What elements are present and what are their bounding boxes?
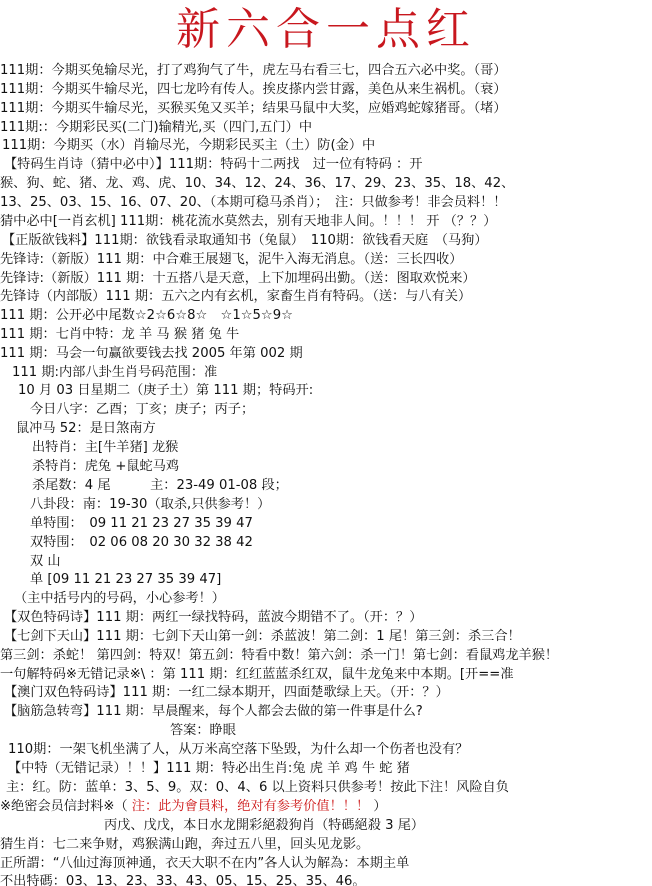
line-text: 主：红。防：蓝单：3、5、9。双：0、4、6 以上资料只供参考！按此下注！风险自… [6, 780, 509, 795]
highlight-note: 注：此为會員料，绝对有参考价值！！！ [132, 799, 369, 814]
line-text: 猜中必中[一肖玄机] 111期：桃花流水莫然去，别有天地非人间。！！！ 开 （？… [0, 214, 496, 229]
line-text: 先锋诗:（新版）111 期：十五搭八是天意，上下加埋码出勤。（送：图取欢悦来） [0, 271, 476, 286]
line-text: 丙戊、戊戊，本日水龙開彩絕殺狗肖（特碼絕殺 3 尾） [104, 818, 424, 833]
line-text: 先锋诗（内部版）111 期：五六之内有玄机，家畜生肖有特码。（送：与八有关） [0, 289, 471, 304]
line-text: 13、25、03、15、16、07、20、（本期可稳马杀肖）； 注：只做参考！非… [0, 195, 506, 210]
line-text: 第三剑：杀蛇！ 第四剑：特双！第五剑：特看中数！第六剑：杀一门！第七剑：看鼠鸡龙… [0, 648, 558, 663]
line-tail: ） [369, 799, 386, 814]
line-text: 111期：今期买牛输尽光，四七龙吟有传人。挨皮搽内尝甘露，美色从来生祸机。（衰） [0, 82, 507, 97]
text-line: 猜生肖：七二来争财，鸡猴满山跑，奔过五八里，回头见龙影。 [0, 836, 369, 854]
text-line: 111 期:内部八卦生肖号码范围：准 [12, 364, 217, 382]
text-line: 111期：今期买牛输尽光，买猴买兔又买羊；结果马鼠中大奖，应婚鸡蛇嫁猪哥。（堵） [0, 100, 507, 118]
line-text: 111期：今期买（水）肖输尽光，今期彩民买主（土）防(金）中 [2, 138, 375, 153]
line-text: 不出特碼：03、13、23、33、43、05、15、25、35、46。 [0, 874, 366, 886]
line-text: 双特围： 02 06 08 20 30 32 38 42 [30, 535, 253, 550]
line-text: 单特围： 09 11 21 23 27 35 39 47 [30, 516, 253, 531]
text-line: 【特码生肖诗（猜中必中）】111期：特码十二两找 过一位有特码 ：开 [4, 156, 422, 174]
line-text: 八卦段：南：19-30（取杀,只供参考！） [30, 497, 270, 512]
text-line: 鼠冲马 52：是日煞南方 [16, 420, 156, 438]
line-text: ※绝密会员信封料※（ [0, 799, 132, 814]
page-title: 新六合一点红 [0, 4, 652, 56]
text-line: 【中特（无错记录）！！】111 期：特必出生肖:兔 虎 羊 鸡 牛 蛇 猪 [8, 760, 410, 778]
line-text: 出特肖：主[牛羊猪] 龙猴 [32, 440, 178, 455]
text-line: 【正版欲钱料】111期：欲钱看录取通知书（兔鼠） 110期：欲钱看天庭 （马狗） [2, 232, 488, 250]
text-line: 111 期：七肖中特：龙 羊 马 猴 猪 兔 牛 [0, 326, 239, 344]
text-line: 第三剑：杀蛇！ 第四剑：特双！第五剑：特看中数！第六剑：杀一门！第七剑：看鼠鸡龙… [0, 647, 558, 665]
text-line: 13、25、03、15、16、07、20、（本期可稳马杀肖）； 注：只做参考！非… [0, 194, 506, 212]
line-text: 今日八字：乙酉；丁亥；庚子；丙子； [30, 402, 254, 417]
line-text: 【双色特码诗】111 期：两红一绿找特码，蓝波今期错不了。（开：？） [4, 610, 422, 625]
line-text: 一句解特码※无错记录※\ ：第 111 期：红红蓝蓝杀红双，鼠牛龙兔来中本期。[… [0, 667, 514, 682]
text-line: 一句解特码※无错记录※\ ：第 111 期：红红蓝蓝杀红双，鼠牛龙兔来中本期。[… [0, 666, 514, 684]
text-line: 111期:：今期彩民买(二门)输精光,买（四门,五门）中 [0, 119, 312, 137]
text-line: 先锋诗（内部版）111 期：五六之内有玄机，家畜生肖有特码。（送：与八有关） [0, 288, 471, 306]
line-text: 110期：一架飞机坐满了人，从万米高空落下坠毁，为什么却一个伤者也没有？ [8, 742, 468, 757]
line-text: 猴、狗、蛇、猪、龙、鸡、虎、10、34、12、24、36、17、29、23、35… [0, 176, 514, 191]
text-line: 猜中必中[一肖玄机] 111期：桃花流水莫然去，别有天地非人间。！！！ 开 （？… [0, 213, 496, 231]
line-text: 111 期:内部八卦生肖号码范围：准 [12, 365, 217, 380]
line-text: 111期：今期买兔输尽光，打了鸡狗气了牛，虎左马右看三七，四合五六必中奖。（哥） [0, 63, 507, 78]
text-line: 【双色特码诗】111 期：两红一绿找特码，蓝波今期错不了。（开：？） [4, 609, 422, 627]
line-text: 111期:：今期彩民买(二门)输精光,买（四门,五门）中 [0, 120, 312, 135]
text-line: 双 山 [30, 553, 61, 571]
text-line: 出特肖：主[牛羊猪] 龙猴 [32, 439, 178, 457]
line-text: 111 期：公开必中尾数☆2☆6☆8☆ ☆1☆5☆9☆ [0, 308, 293, 323]
line-text: 先锋诗:（新版）111 期：中合难王展翅飞，泥牛入海无消息。（送：三长四收） [0, 252, 462, 267]
text-line: 杀特肖：虎兔 +鼠蛇马鸡 [32, 458, 179, 476]
line-text: 杀特肖：虎兔 +鼠蛇马鸡 [32, 459, 179, 474]
text-line: 先锋诗:（新版）111 期：中合难王展翅飞，泥牛入海无消息。（送：三长四收） [0, 251, 462, 269]
text-line: 【脑筋急转弯】111 期：早晨醒来，每个人都会去做的第一件事是什么? [4, 703, 423, 721]
text-line: 主：红。防：蓝单：3、5、9。双：0、4、6 以上资料只供参考！按此下注！风险自… [6, 779, 509, 797]
line-text: （主中括号内的号码，小心参考！） [14, 591, 225, 606]
text-line: 答案：睁眼 [170, 722, 236, 740]
line-text: 【中特（无错记录）！！】111 期：特必出生肖:兔 虎 羊 鸡 牛 蛇 猪 [8, 761, 410, 776]
text-line: 10 月 03 日星期二（庚子土）第 111 期；特码开: [18, 382, 313, 400]
line-text: 10 月 03 日星期二（庚子土）第 111 期；特码开: [18, 383, 313, 398]
line-text: 鼠冲马 52：是日煞南方 [16, 421, 156, 436]
line-text: 111期：今期买牛输尽光，买猴买兔又买羊；结果马鼠中大奖，应婚鸡蛇嫁猪哥。（堵） [0, 101, 507, 116]
line-text: 【七剑下天山】111 期：七剑下天山第一剑：杀蓝波！第二剑：1 尾！第三剑：杀三… [4, 629, 521, 644]
text-line: 八卦段：南：19-30（取杀,只供参考！） [30, 496, 270, 514]
text-line: 杀尾数：4 尾 主：23-49 01-08 段； [32, 477, 288, 495]
line-text: 猜生肖：七二来争财，鸡猴满山跑，奔过五八里，回头见龙影。 [0, 837, 369, 852]
text-line: 【七剑下天山】111 期：七剑下天山第一剑：杀蓝波！第二剑：1 尾！第三剑：杀三… [4, 628, 521, 646]
text-line: 今日八字：乙酉；丁亥；庚子；丙子； [30, 401, 254, 419]
text-line: 111期：今期买（水）肖输尽光，今期彩民买主（土）防(金）中 [2, 137, 375, 155]
line-text: 单 [09 11 21 23 27 35 39 47] [30, 572, 221, 587]
text-line: 不出特碼：03、13、23、33、43、05、15、25、35、46。 [0, 873, 366, 886]
text-line: 单特围： 09 11 21 23 27 35 39 47 [30, 515, 253, 533]
text-line: （主中括号内的号码，小心参考！） [14, 590, 225, 608]
text-line: 正所謂：“八仙过海顶神通，衣天大职不在内”各人认为解為：本期主单 [0, 855, 409, 873]
text-line: 先锋诗:（新版）111 期：十五搭八是天意，上下加埋码出勤。（送：图取欢悦来） [0, 270, 476, 288]
text-line: 111 期：马会一句赢欲要钱去找 2005 年第 002 期 [0, 345, 303, 363]
line-text: 正所謂：“八仙过海顶神通，衣天大职不在内”各人认为解為：本期主单 [0, 856, 409, 871]
line-text: 【脑筋急转弯】111 期：早晨醒来，每个人都会去做的第一件事是什么? [4, 704, 423, 719]
text-line: 猴、狗、蛇、猪、龙、鸡、虎、10、34、12、24、36、17、29、23、35… [0, 175, 514, 193]
text-line: 111期：今期买牛输尽光，四七龙吟有传人。挨皮搽内尝甘露，美色从来生祸机。（衰） [0, 81, 507, 99]
line-text: 111 期：马会一句赢欲要钱去找 2005 年第 002 期 [0, 346, 303, 361]
text-line: 111 期：公开必中尾数☆2☆6☆8☆ ☆1☆5☆9☆ [0, 307, 293, 325]
text-line: 双特围： 02 06 08 20 30 32 38 42 [30, 534, 253, 552]
line-text: 答案：睁眼 [170, 723, 236, 738]
text-line: 丙戊、戊戊，本日水龙開彩絕殺狗肖（特碼絕殺 3 尾） [104, 817, 424, 835]
text-line: 111期：今期买兔输尽光，打了鸡狗气了牛，虎左马右看三七，四合五六必中奖。（哥） [0, 62, 507, 80]
line-text: 111 期：七肖中特：龙 羊 马 猴 猪 兔 牛 [0, 327, 239, 342]
line-text: 【澳门双色特码诗】111 期：一红二绿本期开，四面楚歌绿上天。（开：？） [4, 685, 449, 700]
line-text: 【特码生肖诗（猜中必中）】111期：特码十二两找 过一位有特码 ：开 [4, 157, 422, 172]
line-text: 杀尾数：4 尾 主：23-49 01-08 段； [32, 478, 288, 493]
line-text: 双 山 [30, 554, 61, 569]
text-line: ※绝密会员信封料※（ 注：此为會員料，绝对有参考价值！！！ ） [0, 798, 387, 816]
text-line: 【澳门双色特码诗】111 期：一红二绿本期开，四面楚歌绿上天。（开：？） [4, 684, 449, 702]
line-text: 【正版欲钱料】111期：欲钱看录取通知书（兔鼠） 110期：欲钱看天庭 （马狗） [2, 233, 488, 248]
text-line: 单 [09 11 21 23 27 35 39 47] [30, 571, 221, 589]
text-line: 110期：一架飞机坐满了人，从万米高空落下坠毁，为什么却一个伤者也没有？ [8, 741, 468, 759]
